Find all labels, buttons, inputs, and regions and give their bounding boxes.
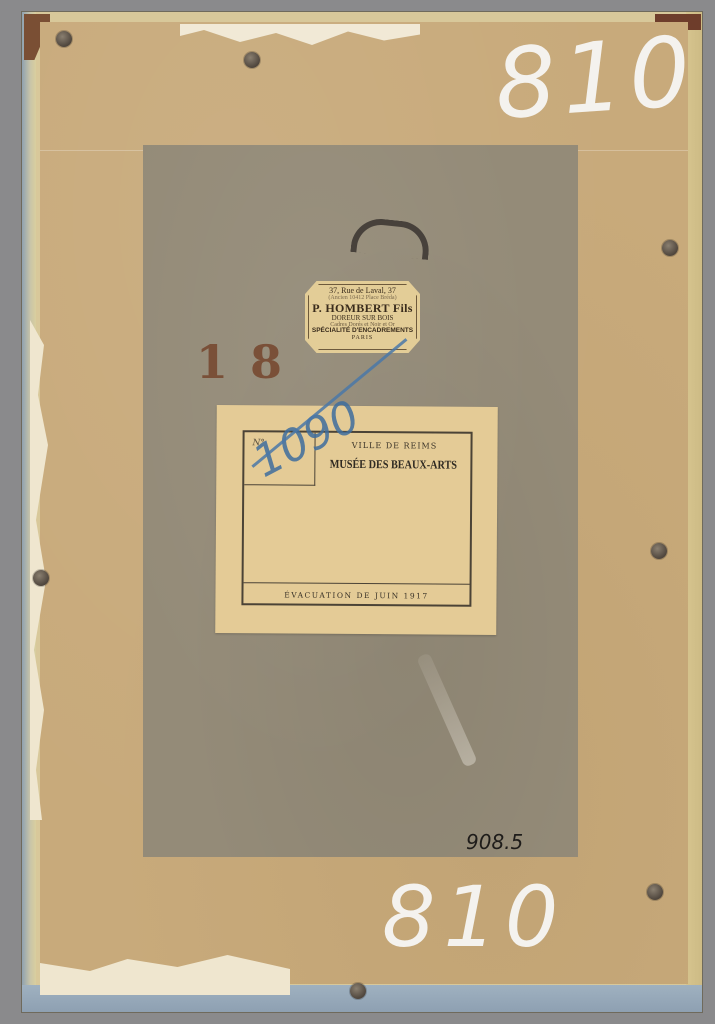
museum-name: MUSÉE DES BEAUX-ARTS [328, 457, 459, 473]
museum-label: N° VILLE DE REIMS MUSÉE DES BEAUX-ARTS É… [215, 405, 498, 635]
museum-evacuation-note: ÉVACUATION DE JUIN 1917 [243, 590, 469, 601]
frame-edge-right [686, 12, 702, 1012]
museum-footer-divider [244, 582, 470, 585]
tack-icon [244, 52, 260, 68]
pencil-number: 908.5 [466, 830, 523, 854]
tack-icon [56, 31, 72, 47]
tack-icon [651, 543, 667, 559]
tack-icon [647, 884, 663, 900]
white-paint-number-bottom: 810 [382, 868, 566, 966]
white-paint-number-top: 810 [491, 15, 700, 141]
tack-icon [33, 570, 49, 586]
tack-icon [662, 240, 678, 256]
framer-label-border [308, 284, 417, 350]
stencil-number: 18 [196, 335, 304, 389]
tack-icon [350, 983, 366, 999]
